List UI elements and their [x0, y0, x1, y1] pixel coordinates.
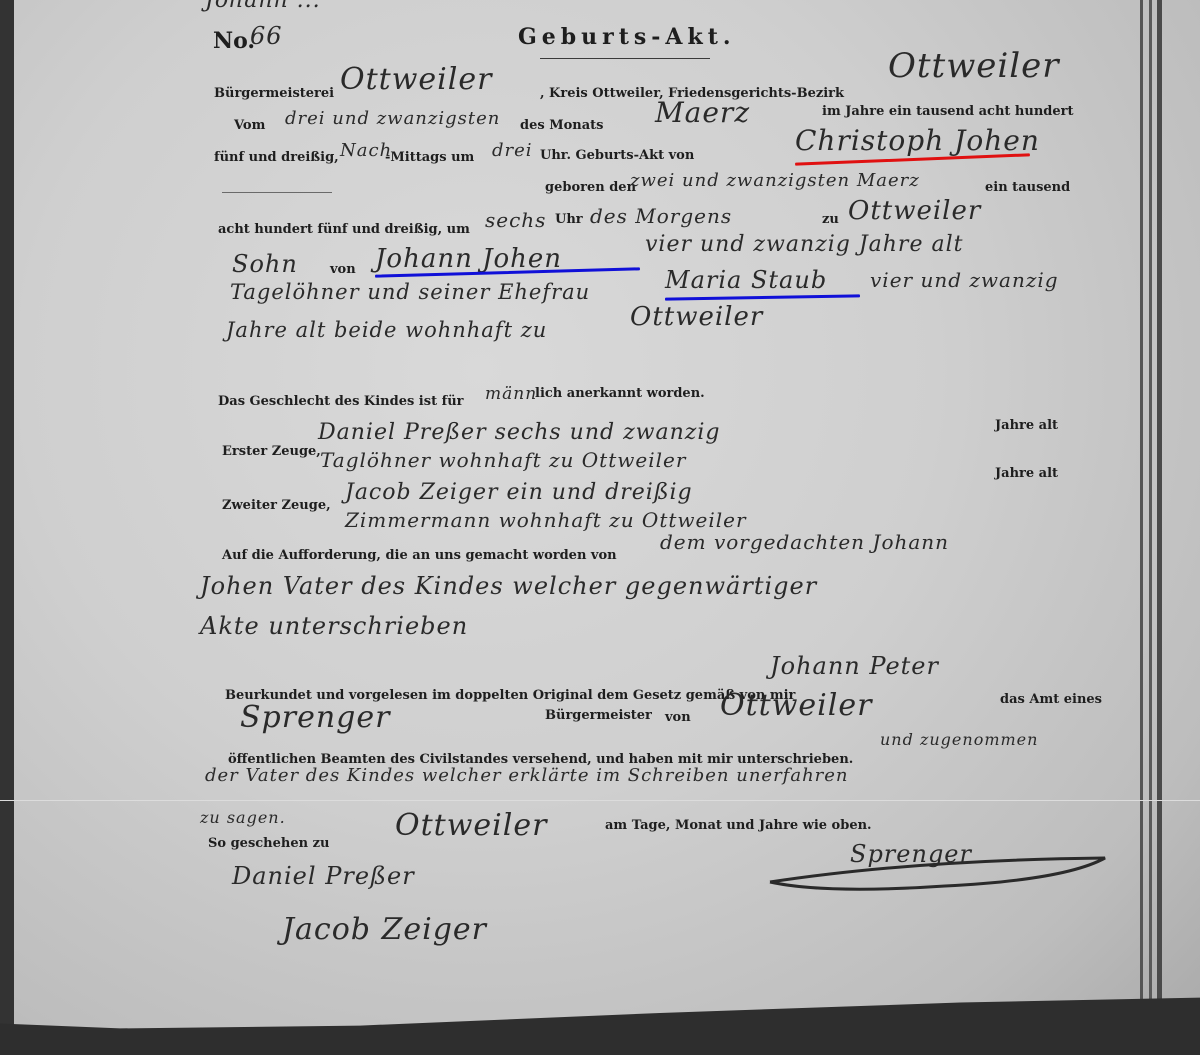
hand-buergermeisterei: Ottweiler — [340, 62, 492, 97]
number-label: No. — [213, 28, 255, 54]
label-w2-jahre-alt: Jahre alt — [995, 466, 1058, 481]
hand-office3: zu sagen. — [200, 808, 286, 827]
hand-month: Maerz — [655, 96, 750, 129]
hand-mayor-surname: Sprenger — [240, 700, 390, 735]
label-aufforderung: Auf die Aufforderung, die an uns gemacht… — [222, 548, 617, 563]
hand-birth-hour: sechs — [485, 208, 546, 232]
hand-father-age: vier und zwanzig Jahre alt — [645, 232, 963, 257]
signature-witness1: Daniel Preßer — [232, 862, 415, 890]
hand-witness2: Jacob Zeiger ein und dreißig — [345, 480, 693, 505]
hand-residence-place: Ottweiler — [630, 302, 763, 332]
document-page: Johann ... No. 66 Geburts-Akt. Bürgermei… — [0, 0, 1200, 1055]
label-vom: Vom — [234, 118, 265, 133]
label-geboren: geboren den — [545, 180, 636, 195]
label-buergermeisterei: Bürgermeisterei — [214, 86, 334, 101]
label-zu: zu — [822, 212, 839, 227]
label-acht-hundert: acht hundert fünf und dreißig, um — [218, 222, 470, 237]
hand-birthdate: zwei und zwanzigsten Maerz — [630, 170, 920, 191]
hand-done-place: Ottweiler — [395, 808, 547, 843]
hand-sohn: Sohn — [232, 250, 298, 278]
hand-office2: der Vater des Kindes welcher erklärte im… — [205, 765, 849, 786]
label-amt-eines: das Amt eines — [1000, 692, 1102, 707]
signature-flourish — [765, 850, 1115, 900]
hand-sex: männ — [485, 384, 537, 404]
hand-office1: und zugenommen — [880, 730, 1038, 749]
label-geburtsakt-von: Uhr. Geburts-Akt von — [540, 148, 694, 163]
page-edge-shadow — [0, 985, 1200, 1055]
label-von: von — [330, 262, 356, 277]
hand-bezirk: Ottweiler — [888, 46, 1060, 86]
label-von-2: von — [665, 710, 691, 725]
page-title: Geburts-Akt. — [518, 24, 736, 50]
number-value: 66 — [250, 22, 283, 50]
label-monats: des Monats — [520, 118, 603, 133]
label-am-tage: am Tage, Monat und Jahre wie oben. — [605, 818, 872, 833]
hand-request1: dem vorgedachten Johann — [660, 530, 949, 554]
signature-witness2: Jacob Zeiger — [282, 912, 487, 947]
label-fuenf: fünf und dreißig, — [214, 150, 339, 165]
label-zweiter-zeuge: Zweiter Zeuge, — [222, 498, 331, 513]
hand-child-name: Christoph Johen — [795, 124, 1040, 157]
top-scrawl: Johann ... — [205, 0, 321, 13]
hand-birthplace: Ottweiler — [848, 196, 981, 226]
hand-witness1: Daniel Preßer sechs und zwanzig — [318, 420, 721, 445]
hand-request2: Johen Vater des Kindes welcher gegenwärt… — [200, 572, 817, 600]
label-uhr: Uhr — [555, 212, 583, 227]
label-geschlecht: Das Geschlecht des Kindes ist für — [218, 394, 464, 409]
label-anerkannt: lich anerkannt worden. — [535, 386, 705, 401]
hand-witness2-detail: Zimmermann wohnhaft zu Ottweiler — [345, 508, 747, 532]
margin-rule — [1140, 0, 1162, 1000]
label-w1-jahre-alt: Jahre alt — [995, 418, 1058, 433]
label-buergermeister: Bürgermeister — [545, 708, 652, 723]
hand-hour: drei — [492, 140, 533, 161]
hand-mother-age: vier und zwanzig — [870, 268, 1059, 292]
hand-mother-name: Maria Staub — [665, 266, 827, 294]
blank-rule — [222, 192, 332, 193]
binding-edge — [0, 0, 14, 1040]
hand-residence: Jahre alt beide wohnhaft zu — [226, 318, 547, 342]
hand-occupation: Tagelöhner und seiner Ehefrau — [230, 280, 590, 304]
hand-day: drei und zwanzigsten — [285, 108, 500, 129]
scan-line — [0, 800, 1200, 801]
hand-mayor-place: Ottweiler — [720, 688, 872, 723]
label-erster-zeuge: Erster Zeuge, — [222, 444, 321, 459]
hand-morgens: des Morgens — [590, 204, 732, 228]
label-mittags: -Mittags um — [385, 150, 474, 165]
hand-request3: Akte unterschrieben — [200, 612, 468, 640]
blue-underline-mother — [665, 294, 860, 300]
hand-witness1-detail: Taglöhner wohnhaft zu Ottweiler — [320, 448, 686, 472]
label-ein-tausend: ein tausend — [985, 180, 1070, 195]
hand-mayor-firstname: Johann Peter — [770, 652, 939, 680]
title-rule — [540, 58, 710, 59]
label-year: im Jahre ein tausend acht hundert — [822, 104, 1074, 119]
label-so-geschehen: So geschehen zu — [208, 836, 329, 851]
